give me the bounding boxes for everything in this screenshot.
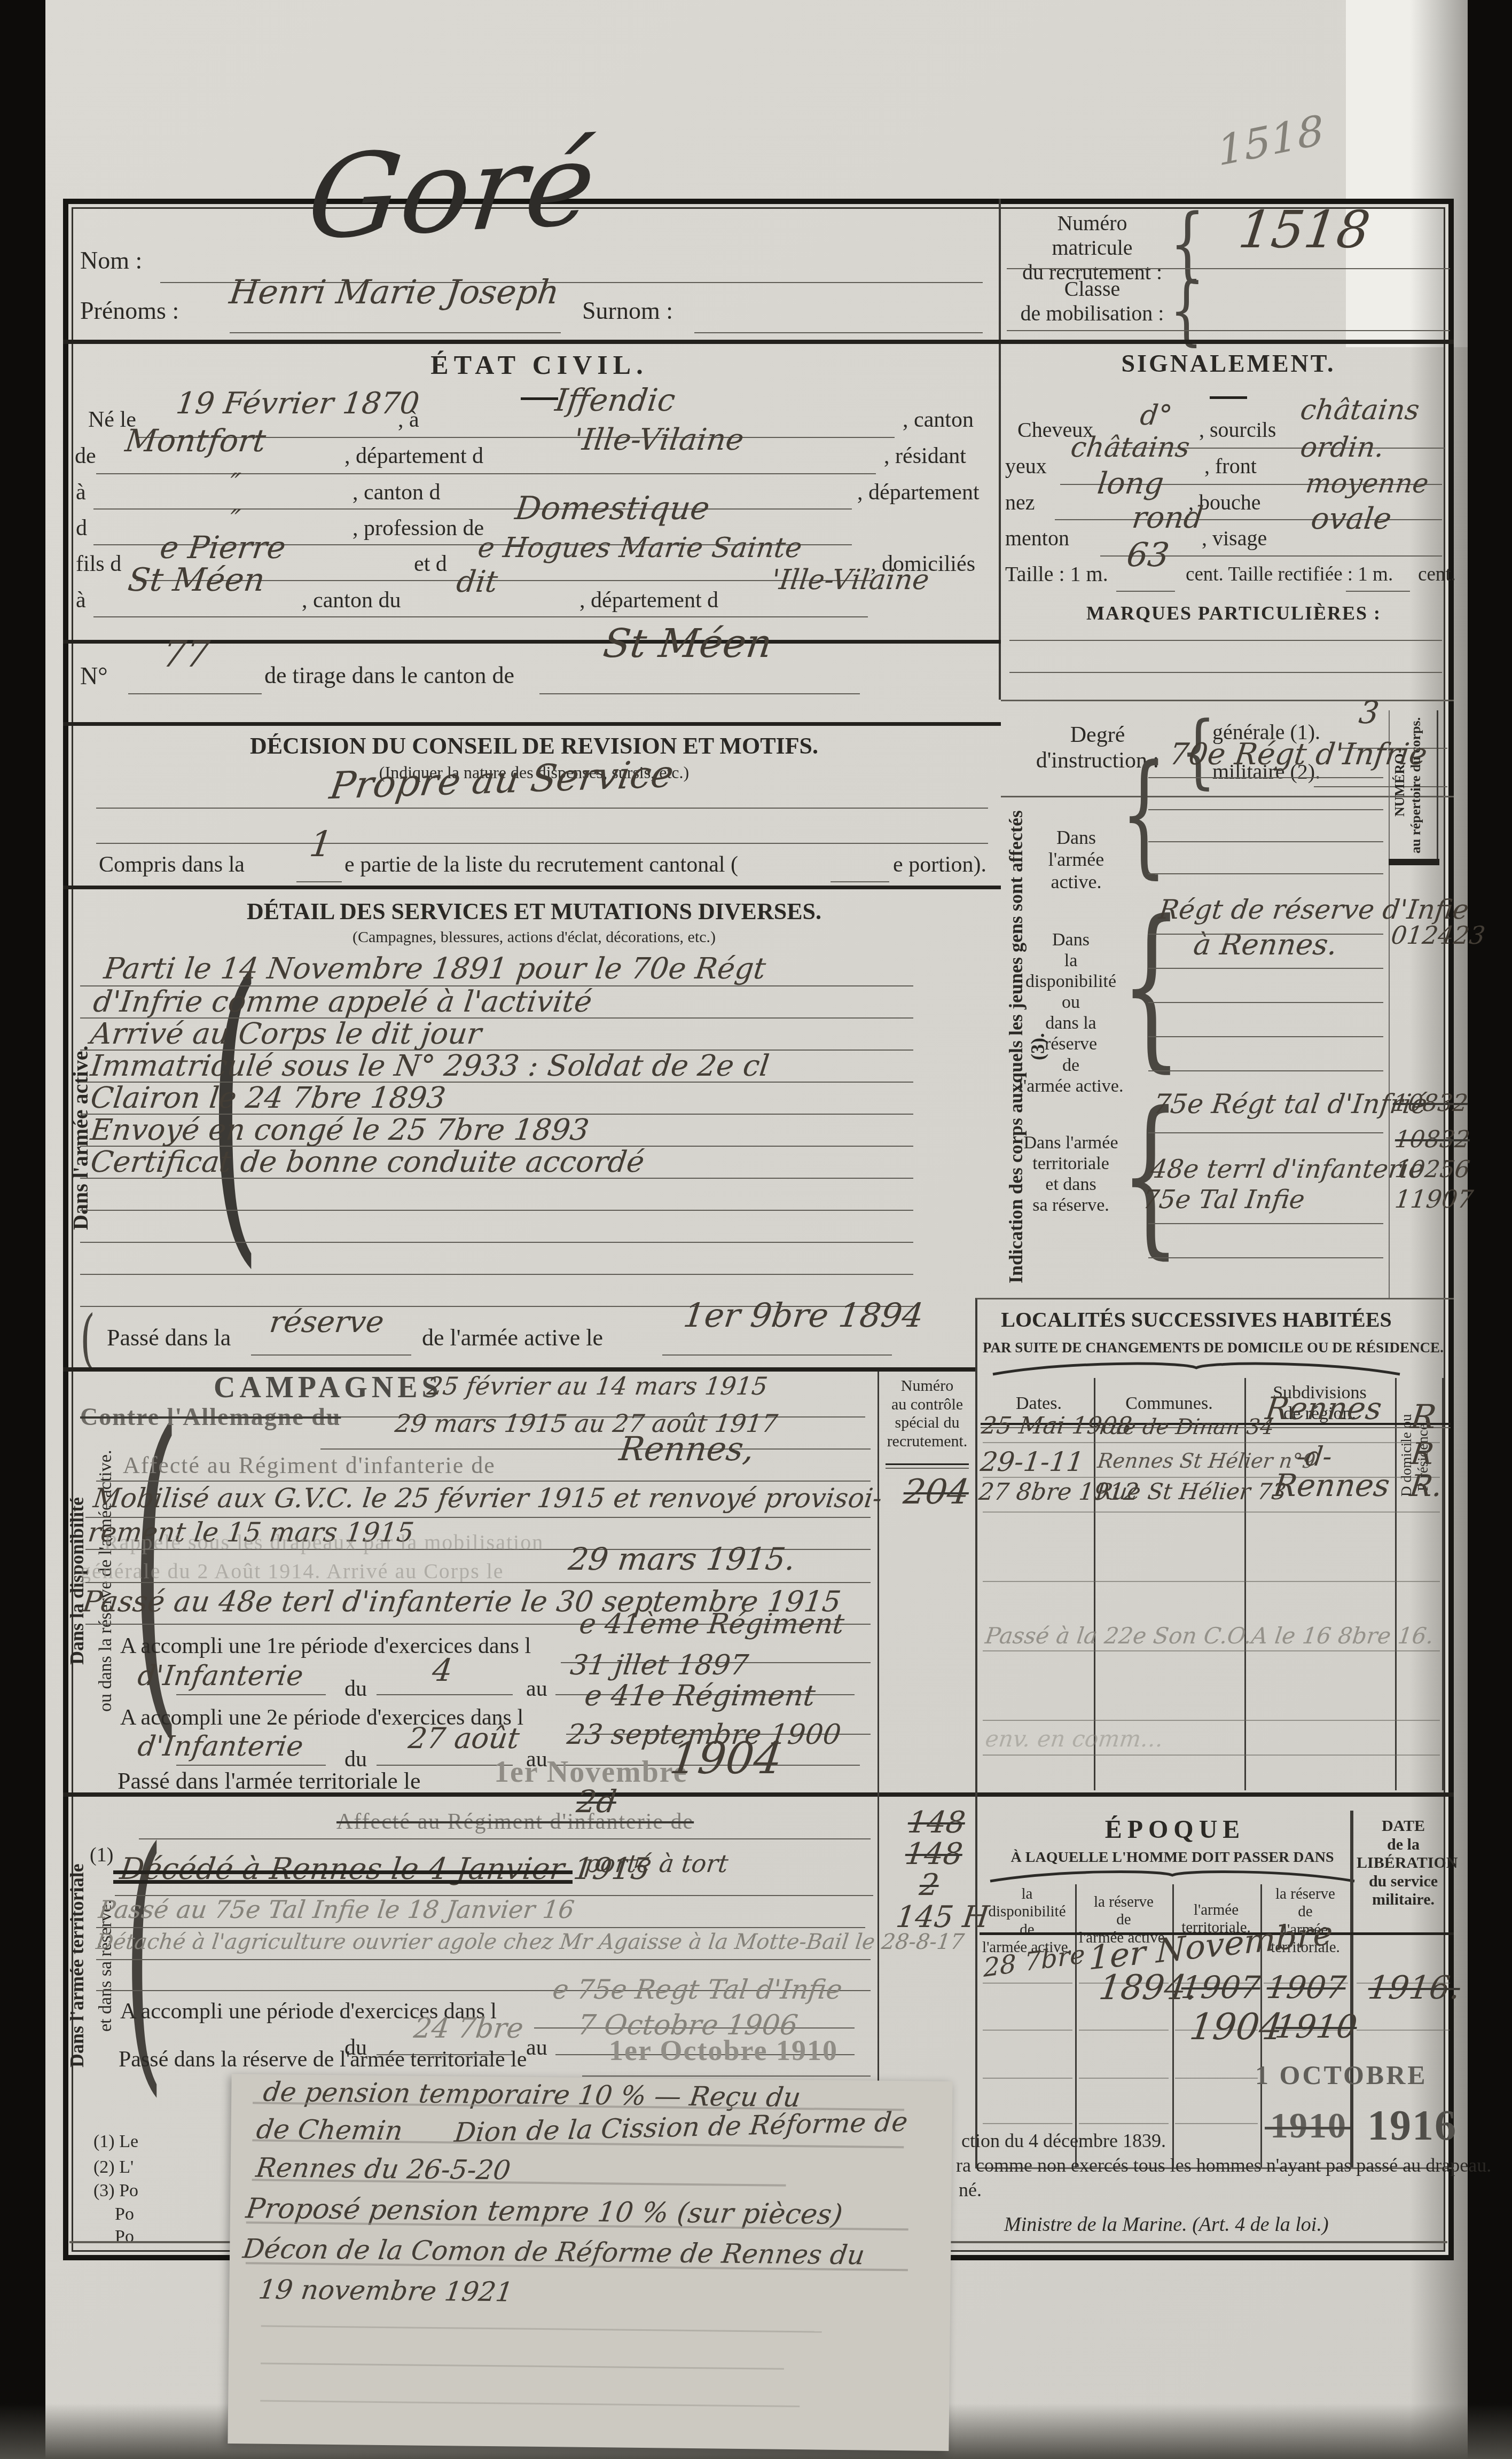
reserve-label1: Passé dans la — [107, 1325, 231, 1352]
service-entry: Immatriculé sous le N° 2933 : Soldat de … — [89, 1051, 771, 1080]
yeux-label: yeux — [1005, 454, 1047, 479]
rappele-stamp-line2: générale du 2 Août 1914. Arrivé au Corps… — [80, 1560, 504, 1583]
epoque-res-terr-struck: 1910 — [1273, 2011, 1359, 2043]
periode1-du-value: 4 — [430, 1655, 454, 1686]
section-divider — [63, 722, 1001, 726]
rule-line — [1079, 2078, 1169, 2079]
rule-line — [1346, 591, 1410, 592]
localite-commune: Rue St Hélier 73 — [1094, 1481, 1287, 1503]
rule-line — [1148, 968, 1383, 969]
rule-line — [983, 2030, 1072, 2031]
profession-label: , profession de — [352, 515, 484, 541]
rule-line — [983, 2123, 1072, 2124]
tirage-canton: St Méen — [601, 624, 774, 663]
rule-line — [1148, 873, 1383, 874]
tirage-no-label: N° — [80, 662, 108, 691]
canton-domicile: dit — [455, 567, 499, 597]
epoque-res-terr-struck: 1907 — [1265, 1972, 1348, 2003]
service-entry: Envoyé en congé le 25 7bre 1893 — [89, 1115, 591, 1145]
etat-civil-title: ÉTAT CIVIL. — [299, 350, 780, 381]
rule-line — [983, 1650, 1440, 1651]
strike-line — [1265, 2127, 1350, 2129]
rule-line — [128, 693, 262, 694]
au-label: au — [526, 2035, 547, 2061]
glued-slip: de pension temporaire 10 % — Reçu du de … — [228, 2074, 952, 2451]
header-underline — [886, 1463, 969, 1465]
visage-value: ovale — [1310, 504, 1393, 534]
column-divider — [999, 199, 1001, 342]
service-entry: Parti le 14 Novembre 1891 pour le 70e Ré… — [103, 954, 767, 983]
epoque-terr-struck: 1907 — [1179, 1972, 1262, 2003]
table-brace-icon — [991, 1359, 1402, 1375]
rule-line — [80, 1210, 913, 1211]
brace-icon — [1121, 747, 1167, 880]
controle-header: Numéro au contrôle spécial du recrutemen… — [881, 1377, 973, 1451]
localite-dr: R — [1409, 1439, 1436, 1469]
rule-line — [1009, 672, 1442, 673]
table-brace-icon — [988, 1868, 1357, 1882]
controle-number-struck: 204 — [902, 1475, 971, 1509]
periode2-infanterie: d'Infanterie — [136, 1733, 305, 1760]
title-flourish — [1210, 396, 1247, 399]
footnote-right: Ministre de la Marine. (Art. 4 de la loi… — [1004, 2213, 1329, 2237]
rule-line — [1148, 934, 1383, 935]
strike-line — [113, 1870, 573, 1874]
rule-line — [983, 2078, 1072, 2079]
brace-icon — [1170, 273, 1203, 348]
slip-line: 19 novembre 1921 — [257, 2276, 514, 2306]
front-label: , front — [1204, 454, 1257, 479]
detache-line: Détaché à l'agriculture ouvrier agole ch… — [95, 1931, 966, 1953]
visage-label: , visage — [1202, 526, 1267, 551]
rule-line — [1007, 268, 1450, 269]
cent-label: cent. — [1418, 563, 1456, 586]
compris-suite: e partie de la liste du recrutement cant… — [344, 852, 738, 878]
footnote-left: (3) Po — [93, 2180, 138, 2201]
strike-line — [113, 1880, 573, 1884]
rule-line — [1007, 330, 1450, 331]
corps-dispo-value2: à Rennes. — [1192, 930, 1339, 959]
column-divider — [1437, 710, 1438, 860]
reserve-value2: 1er 9bre 1894 — [681, 1299, 925, 1332]
matricule-label: Numéro matricule du recrutement : — [1015, 211, 1170, 285]
periode1-au-value: 31 jllet 1897 — [569, 1651, 750, 1679]
rule-line — [96, 808, 988, 809]
rule-line — [377, 1765, 513, 1766]
marques-label: MARQUES PARTICULIÈRES : — [1015, 602, 1453, 624]
corps-terr-value2: 48e terrl d'infanterie — [1149, 1156, 1425, 1182]
rule-line — [1175, 2078, 1258, 2079]
rule-line — [1116, 591, 1175, 592]
epoque-subtitle: À LAQUELLE L'HOMME DOIT PASSER DANS — [985, 1849, 1359, 1866]
footnote-left: (2) L' — [93, 2157, 134, 2178]
corps-dispo-value1: Régt de réserve d'Infie — [1157, 896, 1470, 923]
rule-line — [93, 616, 868, 617]
localite-subdivision: Rennes — [1264, 1393, 1383, 1424]
liberation-struck: 1916. — [1366, 1972, 1462, 2004]
rule-line — [983, 1442, 1440, 1443]
rule-line — [1148, 1036, 1383, 1037]
surnom-label: Surnom : — [582, 297, 673, 325]
service-entry: d'Infrie comme appelé à l'activité — [92, 987, 594, 1016]
localites-subtitle: PAR SUITE DE CHANGEMENTS DE DOMICILE OU … — [983, 1340, 1410, 1356]
epoque-terr-value: 1904 — [1188, 2009, 1284, 2046]
footnote-left: Po — [115, 2226, 134, 2247]
rule-line — [983, 1983, 1072, 1984]
menton-label: menton — [1005, 526, 1069, 551]
de-label: de — [75, 443, 96, 469]
periode1-value: e 41ème Régiment — [578, 1610, 846, 1638]
affecte-stamp: Affecté au Régiment d'infanterie de — [123, 1453, 496, 1478]
localites-title: LOCALITÉS SUCCESSIVES HABITÉES — [985, 1307, 1407, 1332]
a-label: à — [76, 588, 86, 613]
controle-number-struck: 148 — [906, 1808, 967, 1838]
rule-line — [983, 1755, 1440, 1756]
et-de-label: et d — [414, 551, 447, 577]
epoque-col5-header: DATE de la LIBÉRATION du service militai… — [1357, 1817, 1450, 1909]
departement-label: , département — [857, 480, 980, 505]
section-divider — [63, 1367, 977, 1372]
annee-1916-stamp: 1916 — [1367, 2102, 1457, 2149]
taille-label: Taille : 1 m. — [1005, 562, 1108, 586]
rule-line — [1148, 1070, 1383, 1071]
localite-subdivision: -d- — [1295, 1443, 1334, 1470]
decede-note: porté à tort — [583, 1851, 730, 1876]
localite-subdivision: Rennes — [1272, 1470, 1391, 1501]
service-entry: Clairon le 24 7bre 1893 — [89, 1083, 448, 1113]
corps-terr-value3: 75e Tal Infie — [1141, 1187, 1306, 1212]
reserve-label2: de l'armée active le — [422, 1325, 603, 1352]
departement-label: , département d — [344, 443, 483, 469]
repertoire-number-struck: 10832 — [1391, 1092, 1469, 1115]
front-value: ordin. — [1299, 434, 1385, 461]
corps-terr-value1: 75e Régt tal d'Infrié — [1152, 1091, 1429, 1117]
slip-line: Dion de la Cission de Réforme de — [453, 2109, 909, 2147]
repertoire-number-struck: 10832 — [1393, 1128, 1471, 1152]
campagnes-title: CAMPAGNES — [214, 1372, 443, 1405]
column-divider — [1389, 710, 1390, 1298]
rule-line — [1148, 1223, 1383, 1224]
repertoire-number: 012423 — [1390, 923, 1486, 947]
signalement-title: SIGNALEMENT. — [1041, 350, 1415, 378]
rule-line — [96, 1959, 871, 1960]
repertoire-number: 11907 — [1393, 1187, 1475, 1211]
rule-line — [377, 1694, 513, 1695]
periode2-du-value: 27 août — [407, 1724, 521, 1753]
localite-dr: R — [1409, 1400, 1438, 1434]
periode-value: e 75e Regt Tal d'Infie — [551, 1976, 844, 2003]
rule-line — [694, 332, 983, 333]
rule-line — [582, 2076, 871, 2077]
compris-fin: e portion). — [893, 852, 986, 878]
numero-repertoire-header: NUMÉRO au répertoire du corps. — [1392, 713, 1437, 857]
octobre-stamp: 1 OCTOBRE — [1255, 2061, 1428, 2090]
rule-line — [886, 1468, 969, 1469]
scribble-line — [261, 2325, 822, 2333]
taille-value: 63 — [1125, 538, 1171, 571]
rule-line — [983, 1581, 1440, 1582]
footnote-right: né. — [959, 2179, 982, 2201]
rule-line — [80, 1274, 913, 1275]
rule-line — [1148, 1257, 1383, 1258]
rule-line — [176, 1765, 326, 1766]
footnote-marker: (1) — [90, 1844, 113, 1867]
section-divider — [63, 340, 1454, 344]
localites-col-communes: Communes. — [1098, 1393, 1241, 1414]
corps-dispo-label: Dans la disponibilité ou dans la réserve… — [1017, 929, 1124, 1097]
nom-label: Nom : — [80, 247, 142, 275]
scribble-line — [260, 2400, 800, 2408]
footnote-right: ction du 4 décembre 1839. — [961, 2130, 1166, 2152]
nom-cursive-value: Goré — [303, 126, 601, 256]
passe-reserve-terr-label: Passé dans la réserve de l'armée territo… — [119, 2047, 527, 2072]
menton-value: rond — [1131, 503, 1205, 533]
controle-number-struck: 148 — [904, 1839, 965, 1869]
date-naissance: 19 Février 1870 — [175, 389, 421, 419]
rule-line — [296, 881, 342, 882]
footnote-right: ra comme non exercés tous les hommes n'a… — [956, 2155, 1491, 2176]
rule-line — [80, 1242, 913, 1243]
mere-value: e Hogues Marie Sainte — [476, 534, 804, 562]
rule-line — [176, 1694, 326, 1695]
service-entry: Arrivé au Corps le dit jour — [89, 1019, 483, 1048]
affecte2-stamp-struck: Affecté au Régiment d'infanterie de — [336, 1810, 694, 1834]
tirage-no-value: 77 — [161, 637, 211, 673]
rule-line — [1357, 2030, 1450, 2031]
rule-line — [93, 508, 852, 510]
brace-icon — [80, 1307, 95, 1372]
rule-line — [320, 1448, 871, 1450]
rule-line — [1175, 2123, 1258, 2124]
rule-line — [1079, 2030, 1169, 2031]
scanned-military-register-page: { "corner_number": "1518", "name_block":… — [0, 0, 1512, 2459]
rule-line — [539, 693, 860, 694]
prenoms-label: Prénoms : — [80, 297, 179, 325]
compris-value: 1 — [308, 827, 334, 862]
annee-1910-stamp: 1910 — [1270, 2105, 1347, 2145]
generale-value: 3 — [1357, 697, 1381, 728]
rule-line — [1001, 700, 1454, 701]
epoque-title: ÉPOQUE — [1015, 1815, 1335, 1844]
departement-domicile: 'Ille-Vilaine — [770, 566, 931, 594]
corps-terr-label: Dans l'armée territoriale et dans sa rés… — [1017, 1132, 1124, 1216]
taille-rectifiee-label: cent. Taille rectifiée : 1 m. — [1186, 563, 1393, 586]
du-value: 24 7bre — [412, 2015, 525, 2042]
rule-line — [96, 1927, 865, 1928]
column-divider — [975, 1298, 977, 2168]
rule-line — [96, 473, 876, 474]
header-end-bar — [1389, 859, 1439, 865]
column-divider — [1395, 1378, 1397, 1790]
d-label: d — [76, 515, 87, 541]
departement-naissance: 'Ille-Vilaine — [573, 425, 746, 455]
periode2-value: e 41e Régiment — [583, 1681, 817, 1710]
column-divider — [1244, 1378, 1246, 1790]
nez-label: nez — [1005, 490, 1035, 515]
column-divider — [1350, 1811, 1353, 2167]
column-divider — [1442, 1378, 1444, 1790]
rule-line — [1148, 1002, 1383, 1003]
footnote-left: (1) Le — [93, 2131, 138, 2152]
corps-active-value: 70e Régt d'Infrie — [1168, 740, 1429, 770]
rule-line — [85, 1582, 871, 1583]
rappele-stamp-line1: Rappelé sous les drapeaux par la mobilis… — [104, 1531, 544, 1554]
affecte-value: Rennes, — [617, 1432, 756, 1466]
canton-label: , canton — [903, 407, 974, 433]
rule-line — [1001, 796, 1454, 797]
campagne-dates1: 25 février au 14 mars 1915 — [426, 1374, 769, 1398]
sourcils-label: , sourcils — [1199, 418, 1276, 442]
passe75-line: Passé au 75e Tal Infie le 18 Janvier 16 — [97, 1897, 576, 1922]
column-divider — [1075, 1884, 1077, 2167]
service-entry: Certificat de bonne conduite accordé — [89, 1147, 646, 1177]
fils-de-label: fils d — [76, 551, 121, 577]
rule-line — [1148, 841, 1383, 842]
localite-note-coa: Passé à la 22e Son C.O.A le 16 8bre 16. — [984, 1625, 1435, 1647]
corps-active-label: Dans l'armée active. — [1028, 827, 1124, 893]
section-divider — [63, 886, 1001, 889]
mobilise-line1: Mobilisé aux G.V.C. le 25 février 1915 e… — [92, 1485, 883, 1512]
localite-note-faint: env. en comm… — [984, 1728, 1164, 1750]
rule-line — [251, 1354, 411, 1356]
tirage-texte: de tirage dans le canton de — [264, 662, 514, 690]
prenoms-value: Henri Marie Joseph — [228, 276, 561, 309]
column-divider — [878, 1372, 879, 2168]
du-label: du — [344, 1676, 367, 1702]
cheveux-value: d° — [1139, 402, 1174, 429]
rule-line — [1009, 640, 1442, 641]
canton-naissance: Montfort — [123, 425, 268, 456]
campagne-contre-struck: Contre l'Allemagne du — [80, 1404, 341, 1431]
rule-line — [1079, 2123, 1169, 2124]
passe-territoriale-label: Passé dans l'armée territoriale le — [117, 1768, 420, 1795]
controle-number: 145 H — [895, 1902, 991, 1932]
matricule-value: 1518 — [1236, 204, 1373, 255]
bouche-value: moyenne — [1304, 470, 1430, 497]
localite-commune: rue de Dinan 34 — [1098, 1416, 1275, 1438]
rule-line — [1148, 1132, 1383, 1133]
rule-line — [831, 881, 889, 882]
decision-value: Propre au Service — [327, 755, 676, 804]
rule-line — [983, 1512, 1440, 1513]
rule-line — [1148, 777, 1383, 778]
a-label: , à — [398, 407, 419, 433]
yeux-value: châtains — [1069, 434, 1192, 461]
au-label: au — [526, 1676, 547, 1702]
repertoire-number: 10256 — [1393, 1158, 1471, 1181]
rule-line — [96, 843, 988, 844]
departement-label: , département d — [579, 588, 718, 613]
localite-date: 29-1-11 — [979, 1448, 1085, 1475]
profession-value: Domestique — [513, 492, 711, 524]
lieu-naissance: Iffendic — [553, 385, 677, 416]
nez-value: long — [1096, 469, 1165, 499]
canton-label: , canton d — [352, 480, 440, 505]
passe-territoriale-value: 1904 — [668, 1737, 785, 1781]
a-label: à — [76, 480, 86, 505]
rule-line — [230, 332, 561, 333]
decision-title: DÉCISION DU CONSEIL DE REVISION ET MOTIF… — [134, 733, 935, 760]
footnote-left: Po — [115, 2204, 134, 2225]
domicile-value: St Méen — [126, 564, 267, 596]
title-flourish — [521, 397, 558, 400]
pere-value: e Pierre — [158, 532, 287, 563]
rule-line — [662, 1354, 892, 1356]
reserve-value1: réserve — [268, 1307, 386, 1337]
rule-line — [96, 1481, 871, 1482]
canton-du-label: , canton du — [302, 588, 401, 613]
rule-line — [983, 1720, 1440, 1721]
compris-label: Compris dans la — [99, 852, 245, 878]
rule-line — [976, 1298, 1454, 1299]
rappele-value: 29 mars 1915. — [567, 1544, 797, 1575]
controle-number-struck: 2 — [918, 1870, 941, 1900]
periode1-label: A accompli une 1re période d'exercices d… — [120, 1633, 531, 1659]
section-divider — [63, 1792, 1454, 1797]
residant-label: , résidant — [884, 443, 966, 469]
column-divider — [999, 344, 1001, 700]
rule-line — [139, 1838, 871, 1839]
localite-dr: R. — [1408, 1471, 1444, 1501]
rule-line — [1148, 809, 1383, 810]
sourcils-value: châtains — [1299, 396, 1421, 424]
scribble-line — [261, 2363, 784, 2370]
classe-label: Classe de mobilisation : — [1015, 277, 1170, 326]
periode1-infanterie: d'Infanterie — [136, 1662, 305, 1690]
passe-reserve-terr-stamp: 1er Octobre 1910 — [609, 2035, 838, 2066]
localites-col-dates: Dates. — [988, 1393, 1090, 1414]
